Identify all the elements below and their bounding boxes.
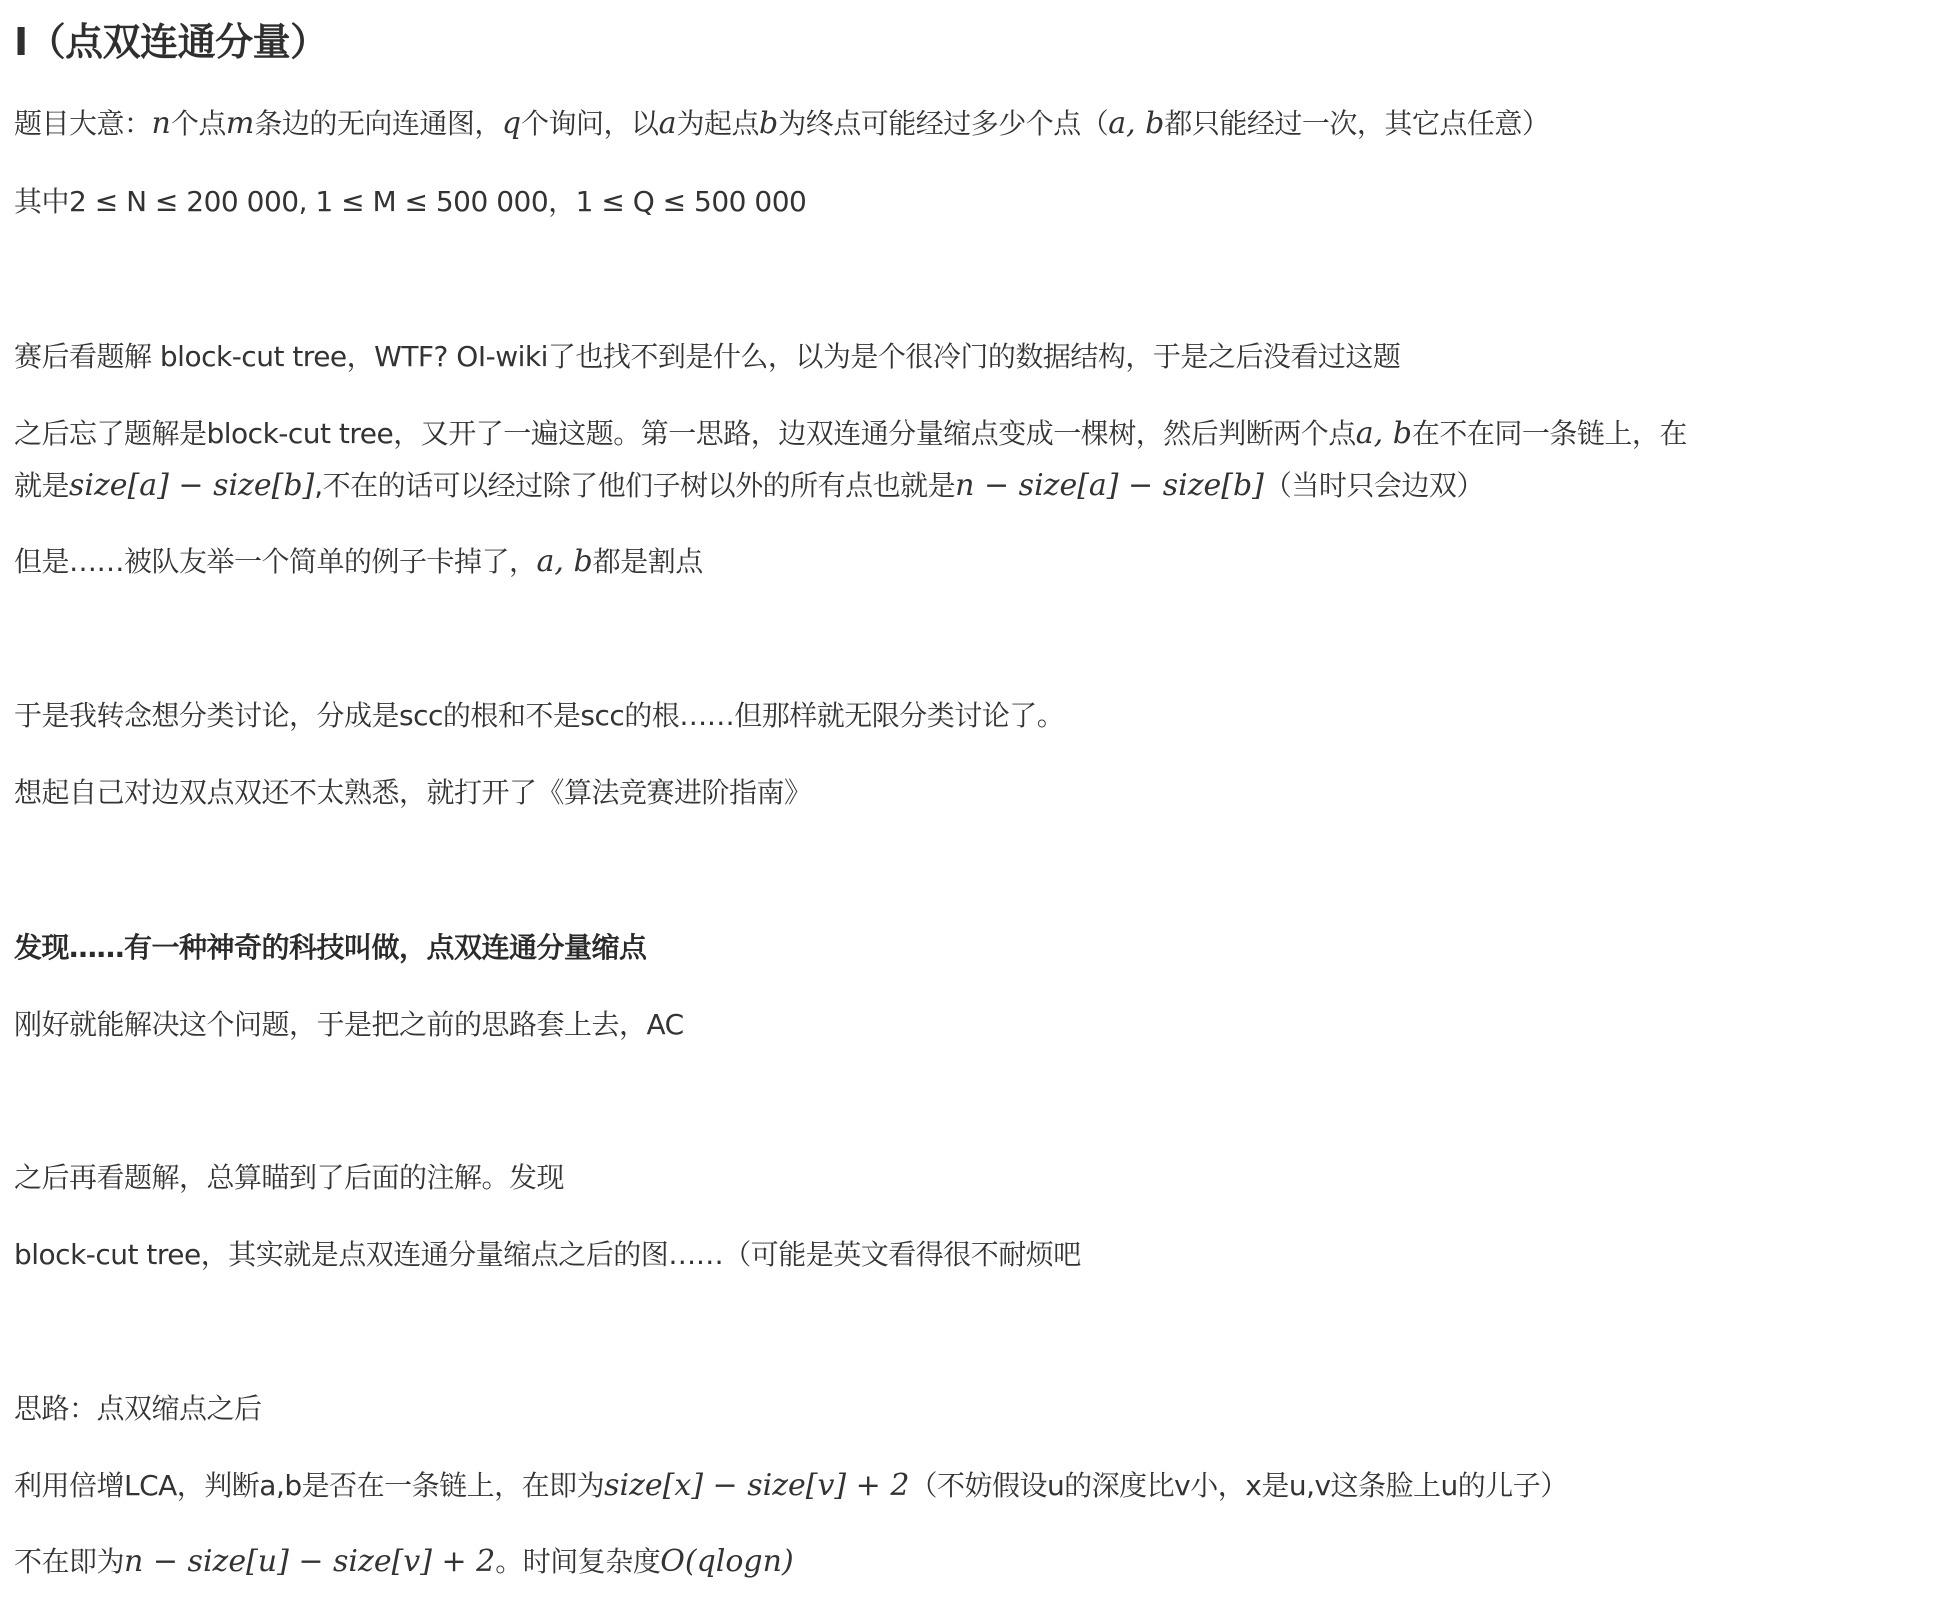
text: 之后忘了题解是block-cut tree，又开了一遍这题。第一思路，边双连通分… [14, 417, 1356, 450]
paragraph: 但是……被队友举一个简单的例子卡掉了，a, b都是割点 [14, 536, 1942, 588]
text: 利用倍增LCA，判断a,b是否在一条链上，在即为 [14, 1469, 604, 1502]
math-ab: a, b [1108, 106, 1164, 141]
math-formula: n − size[u] − size[v] + 2 [124, 1544, 495, 1579]
text: 都是割点 [593, 545, 703, 578]
section-heading: I（点双连通分量） [14, 14, 328, 70]
paragraph: 刚好就能解决这个问题，于是把之前的思路套上去，AC [14, 999, 1942, 1051]
paragraph: 想起自己对边双点双还不太熟悉，就打开了《算法竞赛进阶指南》 [14, 767, 1942, 819]
text: （不妨假设u的深度比v小，x是u,v这条脸上u的儿子） [909, 1469, 1567, 1502]
math-ab: a, b [537, 544, 593, 579]
text: 为终点可能经过多少个点（ [778, 107, 1108, 140]
text: 为起点 [676, 107, 759, 140]
text: 题目大意： [14, 107, 152, 140]
math-m: m [226, 106, 254, 141]
problem-summary: 题目大意：n个点m条边的无向连通图，q个询问，以a为起点b为终点可能经过多少个点… [14, 98, 1942, 150]
math-ab: a, b [1356, 416, 1412, 451]
math-q: q [502, 106, 521, 141]
paragraph-first-idea-line2: 就是size[a] − size[b],不在的话可以经过除了他们子树以外的所有点… [14, 460, 1942, 512]
article: I（点双连通分量） 题目大意：n个点m条边的无向连通图，q个询问，以a为起点b为… [0, 0, 1946, 1602]
paragraph: 利用倍增LCA，判断a,b是否在一条链上，在即为size[x] − size[v… [14, 1460, 1942, 1512]
text: 在不在同一条链上，在 [1412, 417, 1687, 450]
paragraph: 之后再看题解，总算瞄到了后面的注解。发现 [14, 1152, 1942, 1204]
math-b: b [759, 106, 778, 141]
paragraph: 不在即为n − size[u] − size[v] + 2。时间复杂度O(qlo… [14, 1536, 1942, 1588]
paragraph: 于是我转念想分类讨论，分成是scc的根和不是scc的根……但那样就无限分类讨论了… [14, 690, 1942, 742]
paragraph-first-idea-line1: 之后忘了题解是block-cut tree，又开了一遍这题。第一思路，边双连通分… [14, 408, 1942, 460]
bold-paragraph: 发现……有一种神奇的科技叫做，点双连通分量缩点 [14, 922, 1942, 974]
text: 但是……被队友举一个简单的例子卡掉了， [14, 545, 537, 578]
math-size-diff: size[a] − size[b] [69, 468, 314, 503]
text: 。时间复杂度 [495, 1545, 660, 1578]
text: （当时只会边双） [1264, 469, 1484, 502]
paragraph: 赛后看题解 block-cut tree，WTF? OI-wiki了也找不到是什… [14, 331, 1942, 383]
math-n: n [152, 106, 171, 141]
text: 就是 [14, 469, 69, 502]
math-formula: size[x] − size[v] + 2 [604, 1468, 909, 1503]
math-a: a [659, 106, 677, 141]
text: 都只能经过一次，其它点任意） [1164, 107, 1549, 140]
math-n-minus-sizes: n − size[a] − size[b] [955, 468, 1264, 503]
paragraph: block-cut tree，其实就是点双连通分量缩点之后的图……（可能是英文看… [14, 1229, 1942, 1281]
paragraph: 思路：点双缩点之后 [14, 1383, 1942, 1435]
text: 条边的无向连通图， [254, 107, 502, 140]
math-complexity: O(qlogn) [660, 1544, 793, 1579]
constraints: 其中2 ≤ N ≤ 200 000, 1 ≤ M ≤ 500 000，1 ≤ Q… [14, 176, 1942, 228]
text: 个点 [171, 107, 226, 140]
text: ,不在的话可以经过除了他们子树以外的所有点也就是 [314, 469, 955, 502]
text: 个询问，以 [521, 107, 659, 140]
text: 不在即为 [14, 1545, 124, 1578]
